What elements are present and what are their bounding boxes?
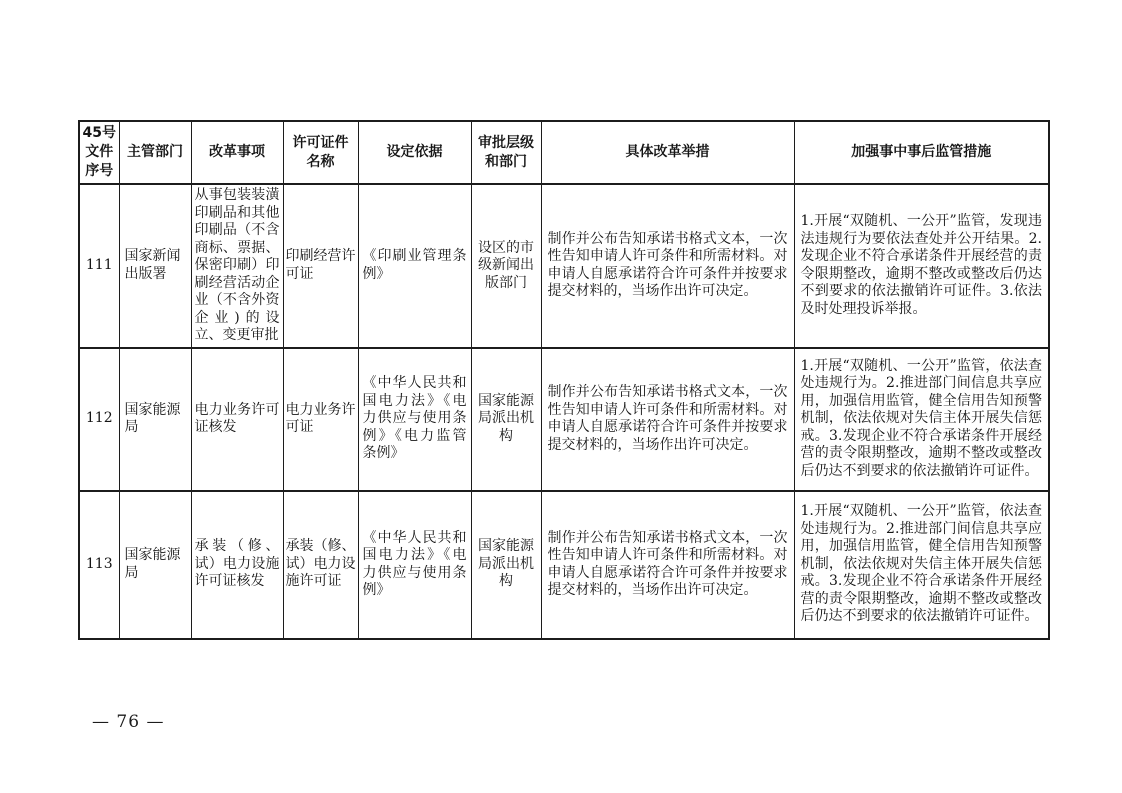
cell-reform-measures: 制作并公布告知承诺书格式文本，一次性告知申请人许可条件和所需材料。对申请人自愿承… (541, 184, 794, 348)
cell-legal-basis: 《中华人民共和国电力法》《电力供应与使用条例》《电力监管条例》 (358, 348, 471, 491)
cell-department: 国家新闻出版署 (119, 184, 191, 348)
cell-reform-item: 承装（修、试）电力设施许可证核发 (191, 491, 283, 639)
cell-reform-measures: 制作并公布告知承诺书格式文本，一次性告知申请人许可条件和所需材料。对申请人自愿承… (541, 348, 794, 491)
header-supervision-measures: 加强事中事后监管措施 (794, 121, 1049, 184)
table-header-row: 45号 文件 序号 主管部门 改革事项 许可证件 名称 设定依据 审批层级 和部… (79, 121, 1049, 184)
header-legal-basis: 设定依据 (358, 121, 471, 184)
page-number: — 76 — (92, 712, 164, 732)
cell-reform-item: 电力业务许可证核发 (191, 348, 283, 491)
document-page: 45号 文件 序号 主管部门 改革事项 许可证件 名称 设定依据 审批层级 和部… (0, 0, 1122, 793)
cell-seq: 111 (79, 184, 119, 348)
header-approval-level: 审批层级 和部门 (471, 121, 541, 184)
table-row-112: 112 国家能源局 电力业务许可证核发 电力业务许可证 《中华人民共和国电力法》… (79, 348, 1049, 491)
header-license-name: 许可证件 名称 (283, 121, 358, 184)
cell-legal-basis: 《印刷业管理条例》 (358, 184, 471, 348)
cell-department: 国家能源局 (119, 491, 191, 639)
header-reform-measures: 具体改革举措 (541, 121, 794, 184)
table-row-111: 111 国家新闻出版署 从事包装装潢印刷品和其他印刷品（不含商标、票据、保密印刷… (79, 184, 1049, 348)
header-department: 主管部门 (119, 121, 191, 184)
reform-items-table: 45号 文件 序号 主管部门 改革事项 许可证件 名称 设定依据 审批层级 和部… (78, 120, 1050, 640)
cell-license-name: 印刷经营许可证 (283, 184, 358, 348)
cell-supervision-measures: 1.开展“双随机、一公开”监管，依法查处违规行为。2.推进部门间信息共享应用，加… (794, 348, 1049, 491)
cell-reform-item: 从事包装装潢印刷品和其他印刷品（不含商标、票据、保密印刷）印刷经营活动企业（不含… (191, 184, 283, 348)
cell-approval-level: 设区的市级新闻出版部门 (471, 184, 541, 348)
cell-license-name: 电力业务许可证 (283, 348, 358, 491)
cell-supervision-measures: 1.开展“双随机、一公开”监管，依法查处违规行为。2.推进部门间信息共享应用，加… (794, 491, 1049, 639)
cell-department: 国家能源局 (119, 348, 191, 491)
cell-license-name: 承装（修、试）电力设施许可证 (283, 491, 358, 639)
cell-legal-basis: 《中华人民共和国电力法》《电力供应与使用条例》 (358, 491, 471, 639)
cell-seq: 113 (79, 491, 119, 639)
table-row-113: 113 国家能源局 承装（修、试）电力设施许可证核发 承装（修、试）电力设施许可… (79, 491, 1049, 639)
header-reform-item: 改革事项 (191, 121, 283, 184)
cell-seq: 112 (79, 348, 119, 491)
header-doc45-seq: 45号 文件 序号 (79, 121, 119, 184)
cell-supervision-measures: 1.开展“双随机、一公开”监管，发现违法违规行为要依法查处并公开结果。2.发现企… (794, 184, 1049, 348)
cell-approval-level: 国家能源局派出机构 (471, 491, 541, 639)
cell-approval-level: 国家能源局派出机构 (471, 348, 541, 491)
cell-reform-measures: 制作并公布告知承诺书格式文本，一次性告知申请人许可条件和所需材料。对申请人自愿承… (541, 491, 794, 639)
